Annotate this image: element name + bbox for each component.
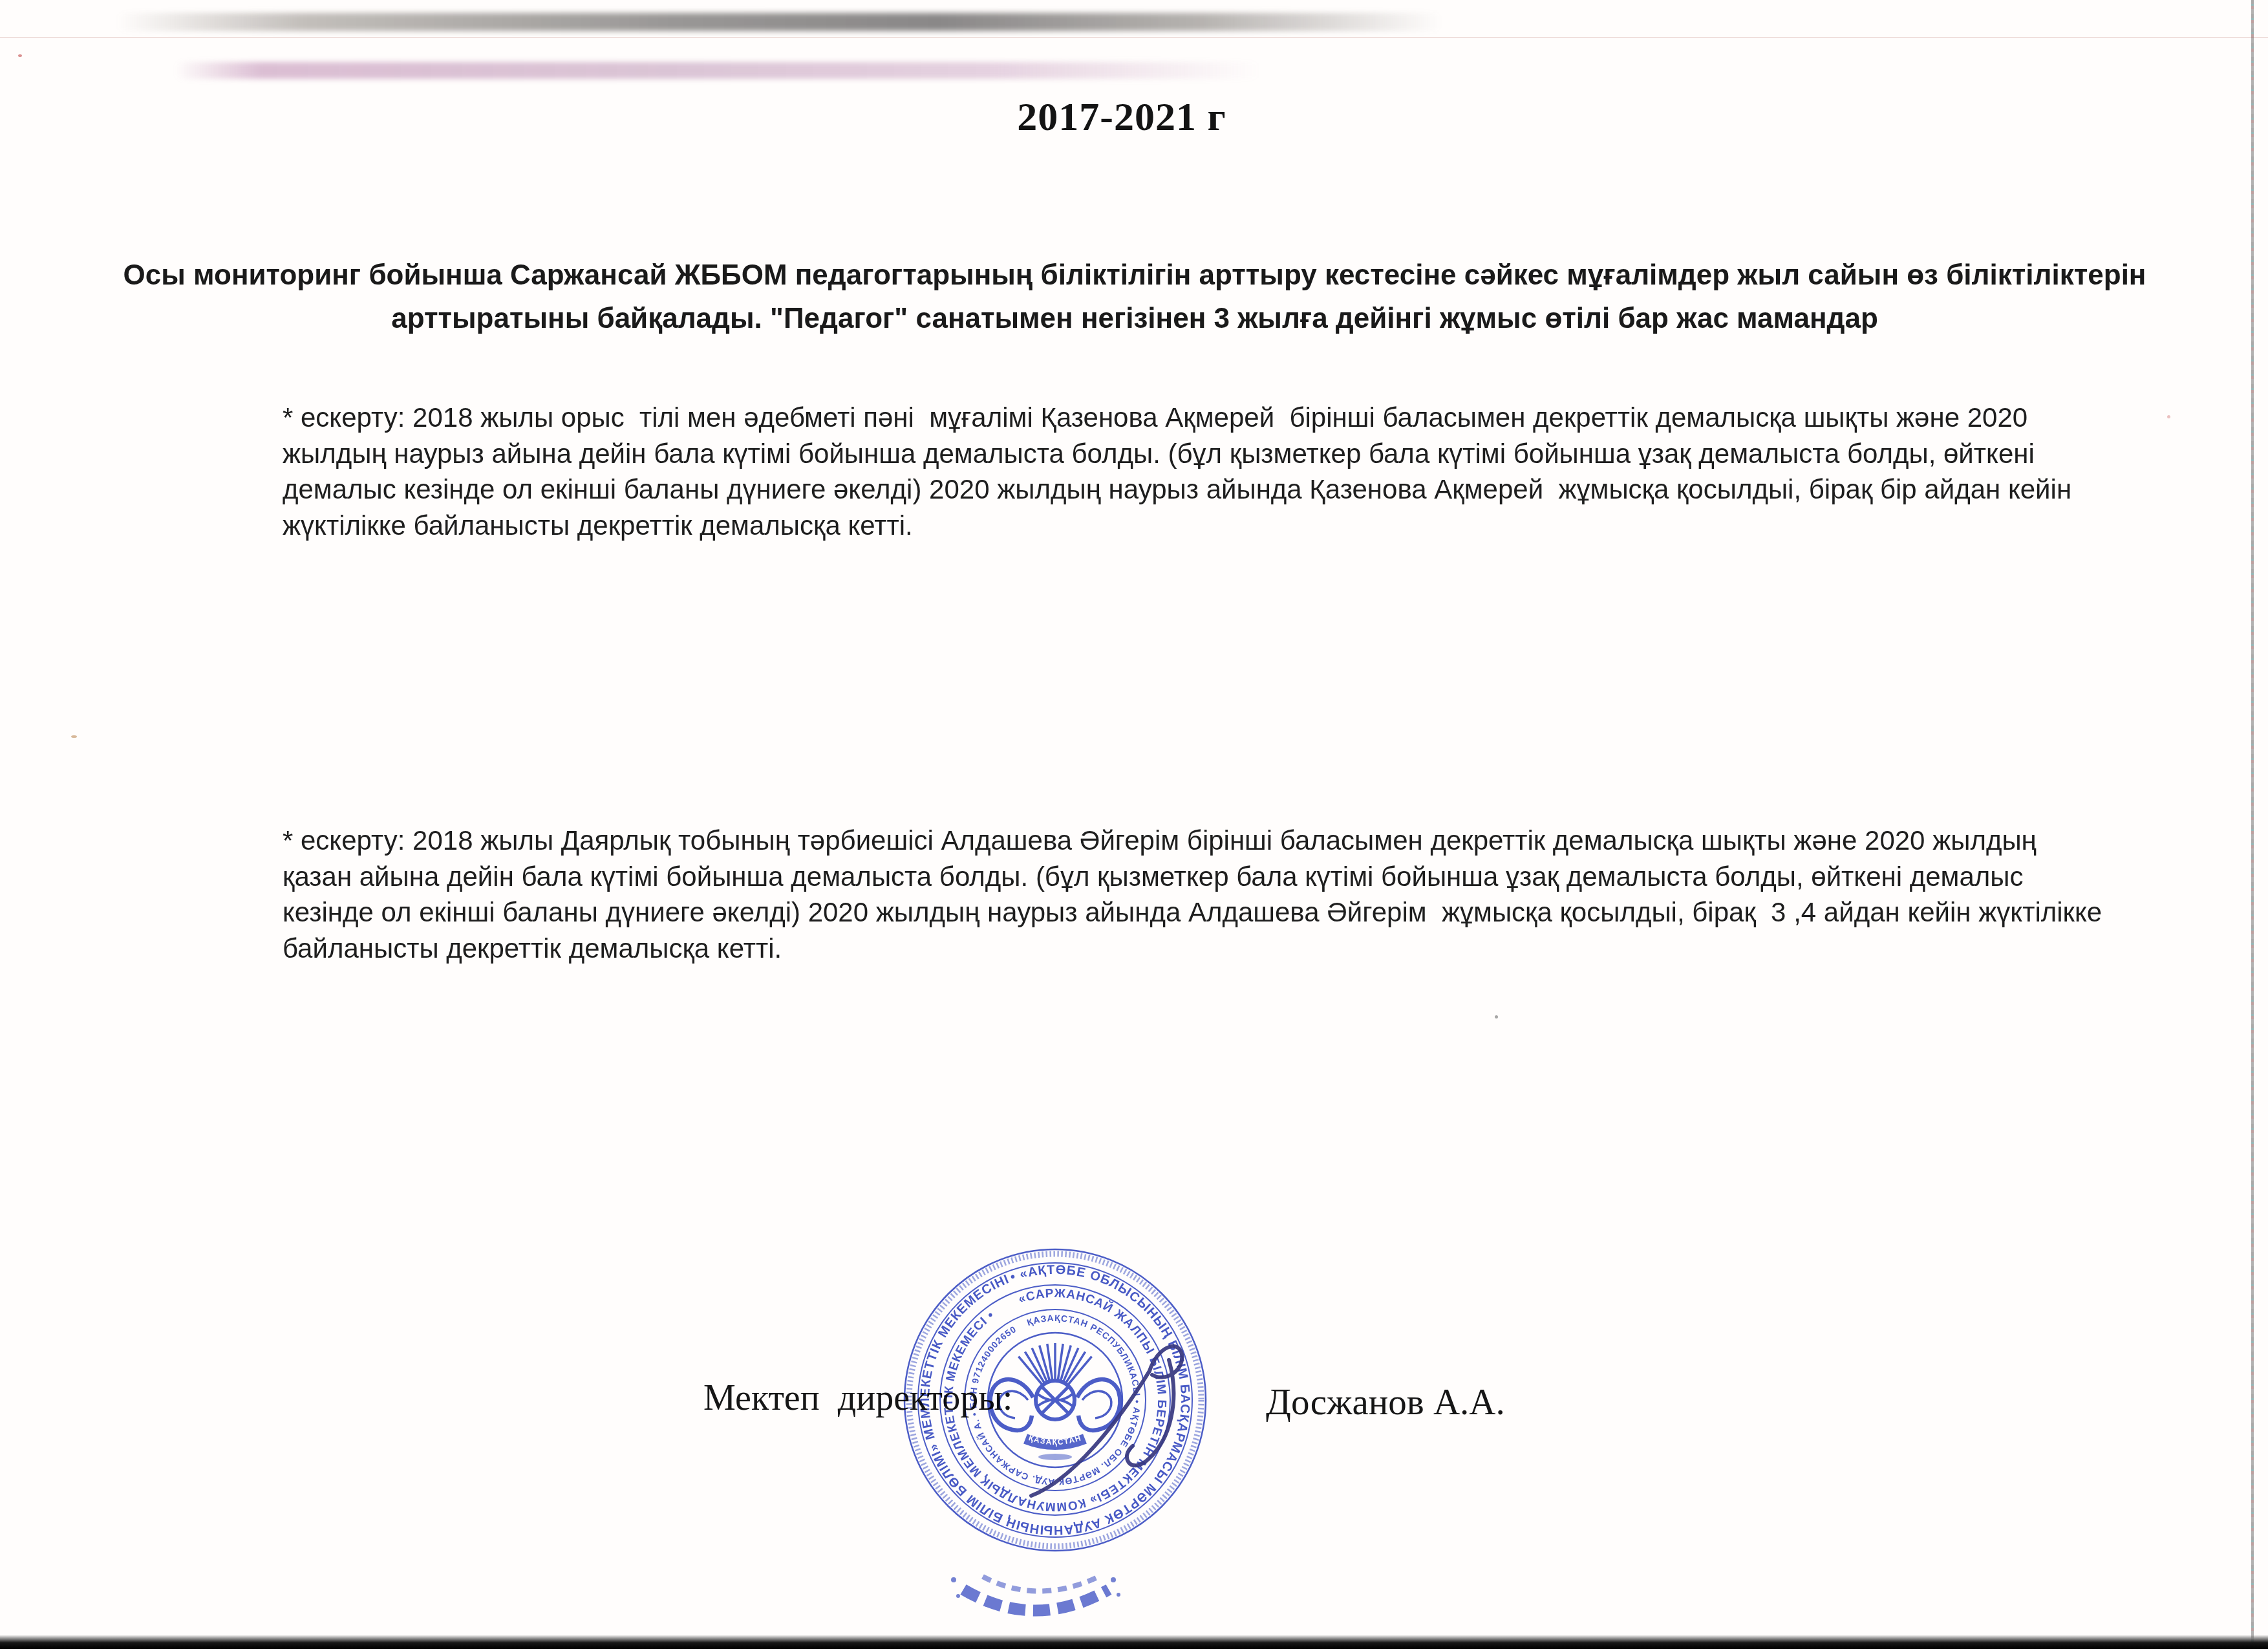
emblem-shanyrak [1036, 1381, 1075, 1419]
intro-line: арттыратыны байқалады. "Педагог" санатым… [97, 297, 2172, 340]
note-1: * ескерту: 2018 жылы орыс тілі мен әдебм… [283, 400, 2071, 543]
note-2: * ескерту: 2018 жылы Даярлық тобының тәр… [283, 823, 2102, 966]
scanned-document-page: 2017-2021 г Осы мониторинг бойынша Саржа… [0, 0, 2268, 1649]
note-line: демалыс кезінде ол екінші баланы дүниеге… [283, 471, 2071, 508]
scan-speck [18, 54, 22, 57]
emblem-base-mark [1038, 1454, 1072, 1460]
stamp-ring-outer-text: • «АҚТӨБЕ ОБЛЫСЫНЫҢ БІЛІМ БАСҚАРМАСЫ МӘР… [886, 1227, 1231, 1589]
official-stamp: • «АҚТӨБЕ ОБЛЫСЫНЫҢ БІЛІМ БАСҚАРМАСЫ МӘР… [886, 1227, 1235, 1648]
note-line: жылдың наурыз айына дейін бала күтімі бо… [283, 436, 2071, 472]
scan-speck [1495, 1015, 1498, 1018]
intro-paragraph: Осы мониторинг бойынша Саржансай ЖББОМ п… [97, 253, 2172, 340]
scanner-edge-artifact-right [2251, 0, 2254, 1649]
signature-name: Досжанов А.А. [1266, 1381, 1505, 1423]
scanner-edge-artifact-bottom [0, 1635, 2268, 1649]
note-line: кезінде ол екінші баланы дүниеге әкелді)… [283, 894, 2102, 931]
document-title: 2017-2021 г [0, 94, 2243, 140]
scanner-smudge-pink [175, 62, 1261, 79]
scan-speck [71, 735, 77, 738]
emblem-horse-left [990, 1379, 1033, 1430]
scanner-smudge-top [116, 13, 1442, 31]
emblem-banner: ҚАЗАҚСТАН [1025, 1433, 1085, 1447]
note-line: қазан айына дейін бала күтімі бойынша де… [283, 859, 2102, 895]
intro-line: Осы мониторинг бойынша Саржансай ЖББОМ п… [97, 253, 2172, 297]
scan-speck [2167, 415, 2170, 418]
note-line: * ескерту: 2018 жылы орыс тілі мен әдебм… [283, 400, 2071, 436]
note-line: жүктілікке байланысты декреттік демалысқ… [283, 508, 2071, 544]
note-line: * ескерту: 2018 жылы Даярлық тобының тәр… [283, 823, 2102, 859]
note-line: байланысты декреттік демалысқа кетті. [283, 931, 2102, 967]
scanner-hairline [0, 37, 2268, 38]
stamp-partial-imprint [951, 1577, 1120, 1611]
